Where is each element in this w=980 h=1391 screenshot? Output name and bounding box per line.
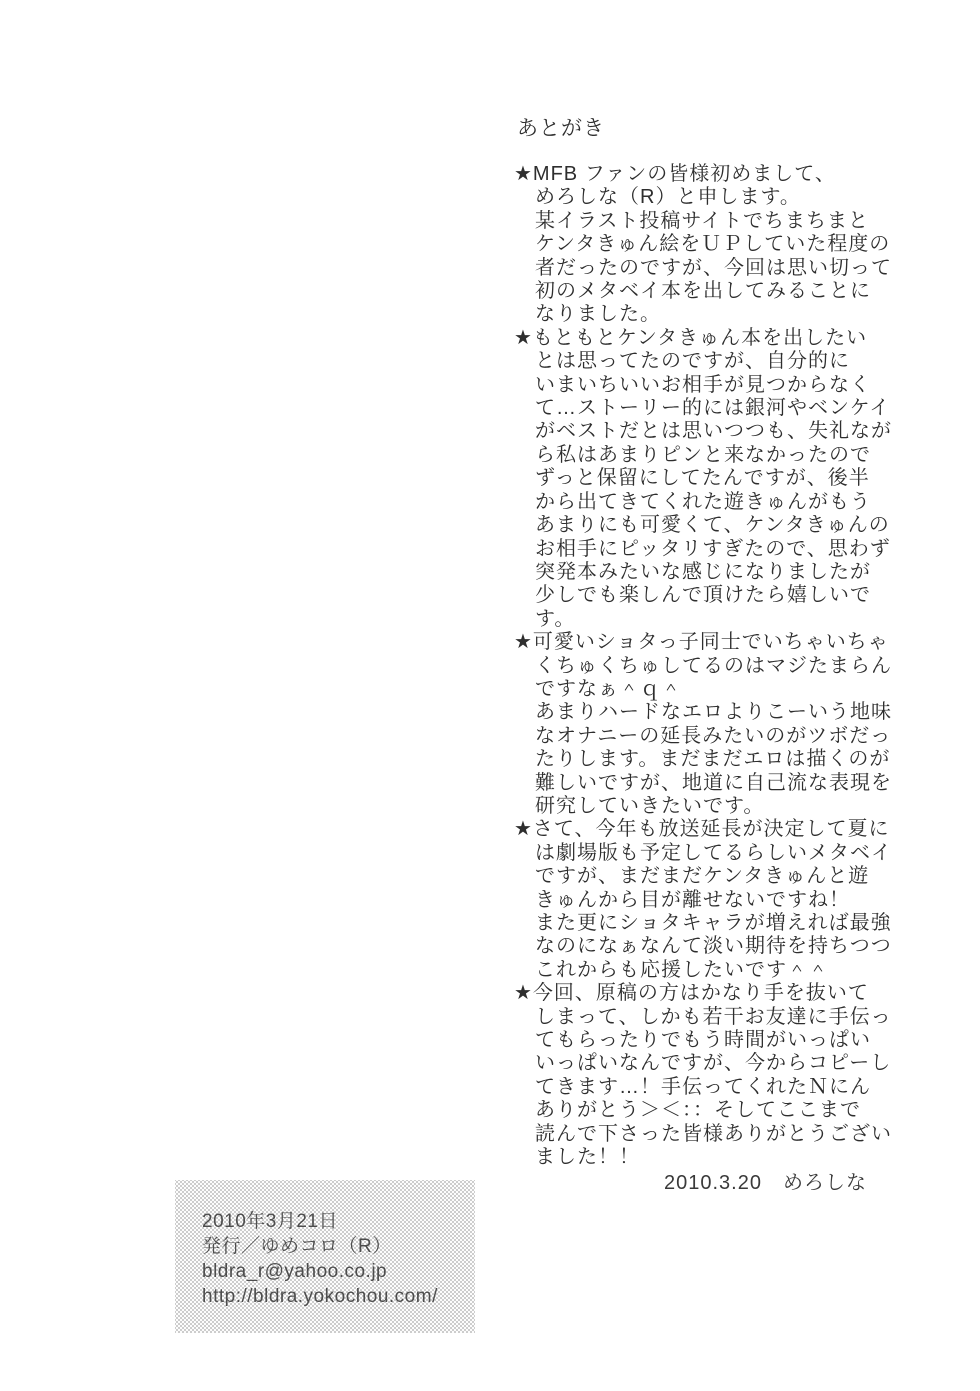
- afterword-paragraph: ★もともとケンタきゅん本を出したい とは思ってたのですが、自分的に いまいちいい…: [514, 327, 906, 631]
- halftone-colophon-box: 2010年3月21日 発行／ゆめコロ（R） bldra_r@yahoo.co.j…: [175, 1180, 475, 1333]
- page-title: あとがき: [517, 112, 605, 142]
- afterword-paragraph: ★今回、原稿の方はかなり手を抜いて しまって、しかも若干お友達に手伝っ てもらっ…: [514, 982, 906, 1169]
- afterword-paragraph: ★さて、今年も放送延長が決定して夏に は劇場版も予定してるらしいメタベイ ですが…: [514, 818, 906, 982]
- colophon-publication-info: 2010年3月21日 発行／ゆめコロ（R） bldra_r@yahoo.co.j…: [202, 1209, 475, 1309]
- afterword-paragraph: ★MFB ファンの皆様初めまして、 めろしな（R）と申します。 某イラスト投稿サ…: [514, 163, 906, 327]
- afterword-paragraph: ★可愛いショタっ子同士でいちゃいちゃ くちゅくちゅしてるのはマジたまらん ですな…: [514, 631, 906, 818]
- afterword-body: ★MFB ファンの皆様初めまして、 めろしな（R）と申します。 某イラスト投稿サ…: [514, 163, 906, 1169]
- scanned-afterword-page: あとがき ★MFB ファンの皆様初めまして、 めろしな（R）と申します。 某イラ…: [0, 0, 980, 1391]
- date-signature: 2010.3.20 めろしな: [664, 1166, 867, 1195]
